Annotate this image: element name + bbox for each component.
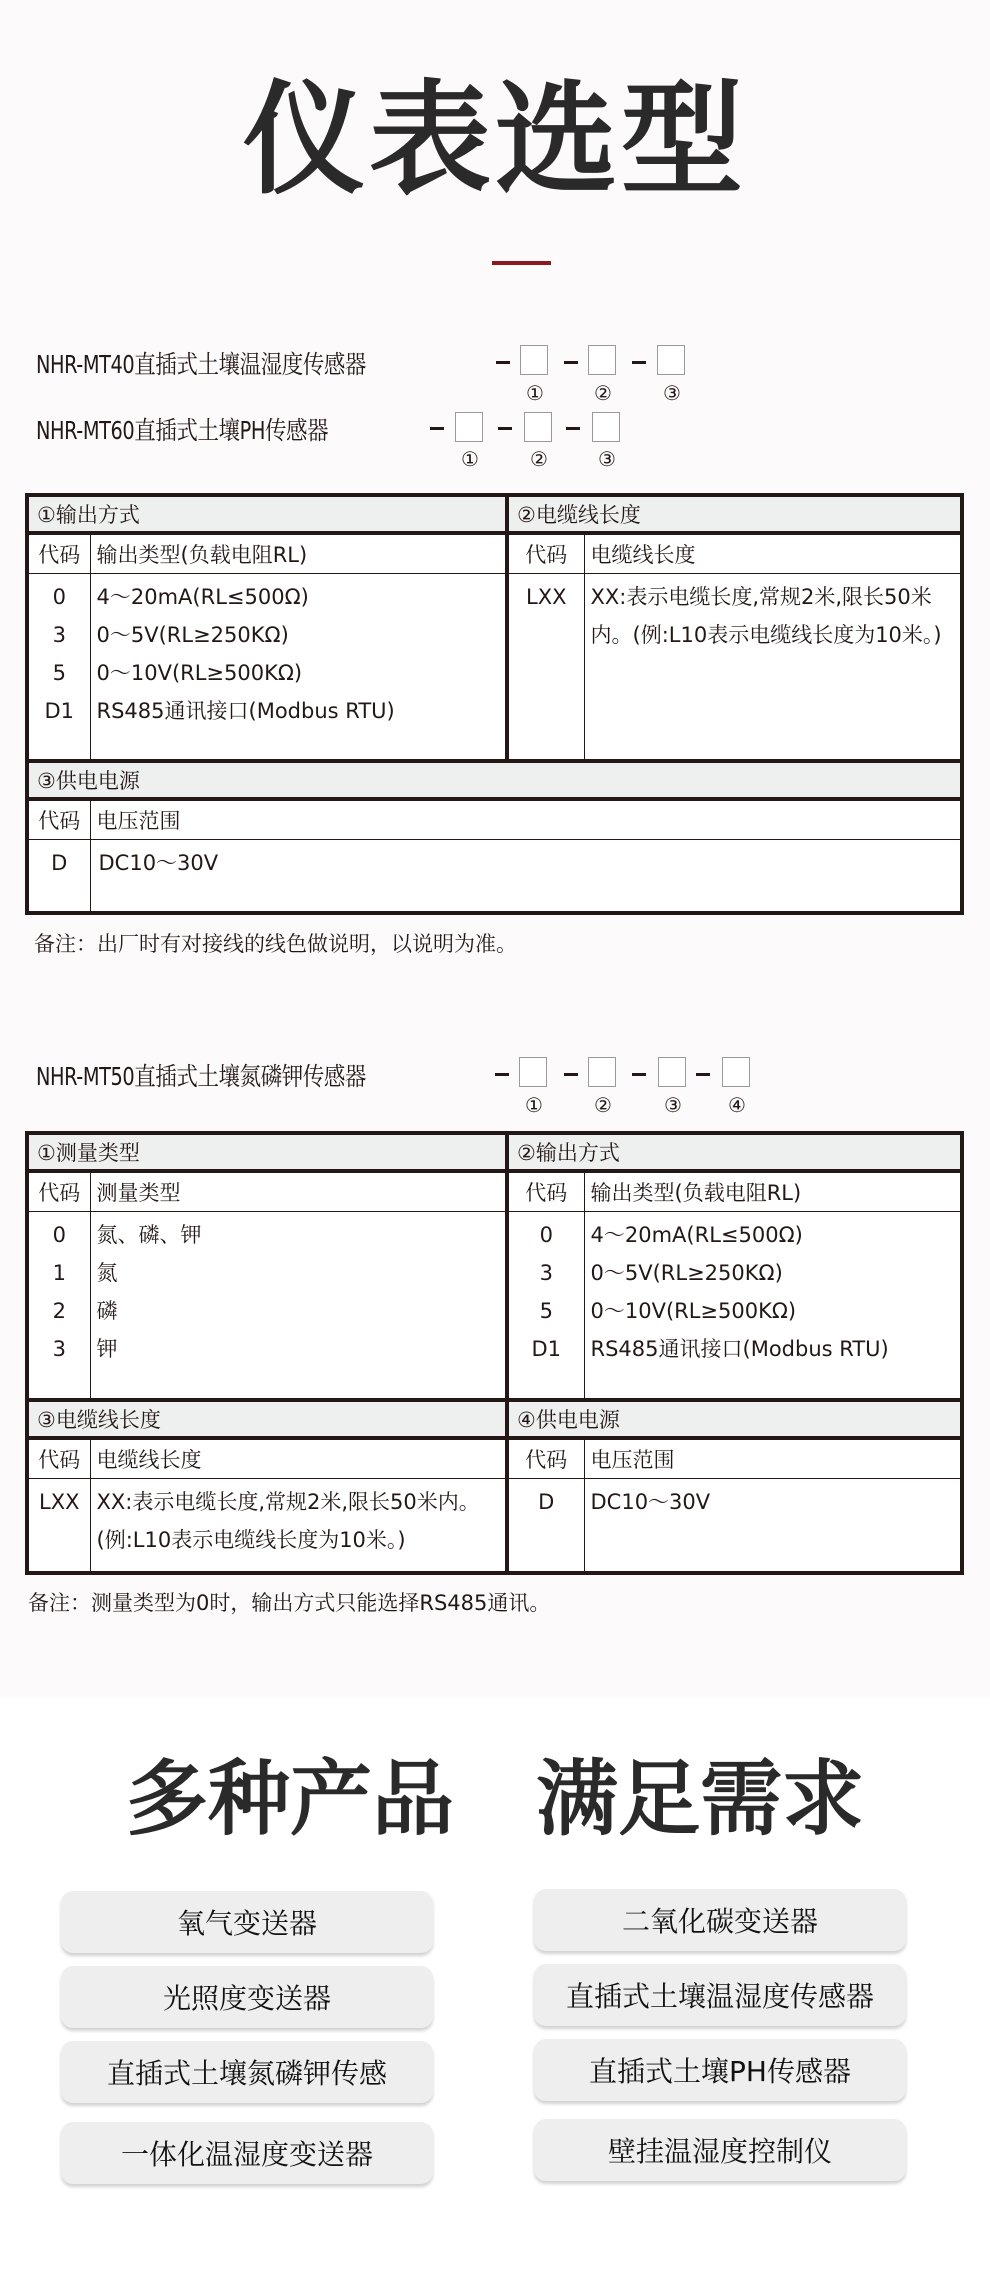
output-type-value: 0～5V(RL≥250KΩ) [97,616,500,654]
code-value: D [31,844,88,882]
separator-dash [496,361,510,364]
model-code-mt50: NHR-MT50直插式土壤氮磷钾传感器 [36,1057,420,1093]
product-illuminance-transmitter[interactable]: 光照度变送器 [61,1966,433,2028]
column-header-code: 代码 [507,533,584,574]
code-value: 3 [31,1330,88,1368]
separator-dash [632,1073,646,1076]
model-code-mt40: NHR-MT40直插式土壤温湿度传感器 [36,345,420,381]
product-integrated-temp-humidity-transmitter[interactable]: 一体化温湿度变送器 [61,2122,433,2184]
separator-dash [564,1073,578,1076]
output-type-value: 0～10V(RL≥500KΩ) [97,654,500,692]
output-type-value: 4～20mA(RL≤500Ω) [591,1216,955,1254]
cable-length-desc: XX:表示电缆长度,常规2米,限长50米内。(例:L10表示电缆线长度为10米。… [584,574,962,761]
option-slot-1 [519,1057,547,1087]
code-cell: LXX [27,1478,90,1573]
section-title-cable: ③电缆线长度 [27,1400,507,1438]
code-value: 0 [31,578,88,616]
page-title: 仪表选型 [0,70,990,210]
table2-note: 备注：测量类型为0时，输出方式只能选择RS485通讯。 [28,1587,550,1617]
column-header-output-type: 输出类型(负载电阻RL) [90,533,507,574]
slot-number: ③ [657,381,687,405]
column-header-cable-length: 电缆线长度 [90,1438,507,1479]
separator-dash [495,1073,509,1076]
column-header-code: 代码 [27,1171,90,1212]
column-header-code: 代码 [507,1171,584,1212]
products-section-title: 多种产品 满足需求 [0,1750,990,1850]
measure-type-value: 氮 [97,1254,500,1292]
code-value: 0 [31,1216,88,1254]
code-cell: D [507,1478,584,1573]
title-underline-divider [492,261,551,265]
output-type-value: 0～10V(RL≥500KΩ) [591,1292,955,1330]
measure-type-value: 钾 [97,1330,500,1368]
option-slot-1 [455,412,483,442]
option-slot-2 [588,1057,616,1087]
voltage-range-cell: DC10～30V [90,839,962,913]
code-value: LXX [511,578,582,616]
section-title-output: ②输出方式 [507,1133,962,1171]
output-type-value: 0～5V(RL≥250KΩ) [591,1254,955,1292]
column-header-voltage-range: 电压范围 [90,799,962,840]
product-oxygen-transmitter[interactable]: 氧气变送器 [61,1891,433,1953]
column-header-output-type: 输出类型(负载电阻RL) [584,1171,962,1212]
code-cell: 0 1 2 3 [27,1212,90,1400]
slot-number: ① [455,447,485,471]
output-type-cell: 4～20mA(RL≤500Ω) 0～5V(RL≥250KΩ) 0～10V(RL≥… [584,1212,962,1400]
column-header-code: 代码 [27,799,90,840]
voltage-range-cell: DC10～30V [584,1478,962,1573]
model-code-mt60: NHR-MT60直插式土壤PH传感器 [36,411,376,447]
separator-dash [696,1073,710,1076]
code-cell: D [27,839,90,913]
option-slot-4 [722,1057,750,1087]
column-header-code: 代码 [27,1438,90,1479]
section-title-power: ④供电电源 [507,1400,962,1438]
slot-number: ② [588,1093,618,1117]
slot-number: ① [520,381,550,405]
slot-number: ④ [722,1093,752,1117]
product-co2-transmitter[interactable]: 二氧化碳变送器 [534,1889,906,1951]
code-value: 5 [31,654,88,692]
code-value: 0 [511,1216,582,1254]
code-value: 5 [511,1292,582,1330]
code-value: LXX [31,1483,88,1521]
model-name: NHR-MT60直插式土壤PH传感器 [36,411,328,447]
option-slot-2 [524,412,552,442]
code-value: 2 [31,1292,88,1330]
separator-dash [498,427,512,430]
section-title-measure: ①测量类型 [27,1133,507,1171]
selection-table-1: ①输出方式 ②电缆线长度 代码 输出类型(负载电阻RL) 代码 电缆线长度 0 … [25,493,964,915]
column-header-measure-type: 测量类型 [90,1171,507,1212]
option-slot-3 [658,1057,686,1087]
cable-length-desc: XX:表示电缆长度,常规2米,限长50米内。(例:L10表示电缆线长度为10米。… [90,1478,507,1573]
model-name: NHR-MT40直插式土壤温湿度传感器 [36,345,366,381]
code-cell: LXX [507,574,584,761]
slot-number: ③ [658,1093,688,1117]
option-slot-2 [588,345,616,375]
code-cell: 0 3 5 D1 [507,1212,584,1400]
separator-dash [632,361,646,364]
section-title-cable: ②电缆线长度 [507,495,962,533]
separator-dash [564,361,578,364]
slot-number: ② [524,447,554,471]
product-soil-npk-sensor[interactable]: 直插式土壤氮磷钾传感 [61,2041,433,2103]
code-value: D [511,1483,582,1521]
measure-type-value: 磷 [97,1292,500,1330]
output-type-value: RS485通讯接口(Modbus RTU) [97,692,500,730]
measure-type-value: 氮、磷、钾 [97,1216,500,1254]
code-value: 3 [511,1254,582,1292]
selection-table-2: ①测量类型 ②输出方式 代码 测量类型 代码 输出类型(负载电阻RL) 0 1 … [25,1131,964,1575]
output-type-value: 4～20mA(RL≤500Ω) [97,578,500,616]
option-slot-3 [657,345,685,375]
column-header-code: 代码 [507,1438,584,1479]
code-value: D1 [511,1330,582,1368]
slot-number: ② [588,381,618,405]
product-soil-ph-sensor[interactable]: 直插式土壤PH传感器 [534,2039,906,2101]
code-value: 1 [31,1254,88,1292]
output-type-value: RS485通讯接口(Modbus RTU) [591,1330,955,1368]
product-wall-mounted-temp-humidity-controller[interactable]: 壁挂温湿度控制仪 [534,2119,906,2181]
slot-number: ① [519,1093,549,1117]
measure-type-cell: 氮、磷、钾 氮 磷 钾 [90,1212,507,1400]
output-type-cell: 4～20mA(RL≤500Ω) 0～5V(RL≥250KΩ) 0～10V(RL≥… [90,574,507,761]
code-cell: 0 3 5 D1 [27,574,90,761]
slot-number: ③ [592,447,622,471]
section-title-power: ③供电电源 [27,761,962,799]
separator-dash [430,427,444,430]
option-slot-1 [520,345,548,375]
column-header-cable-length: 电缆线长度 [584,533,962,574]
model-name: NHR-MT50直插式土壤氮磷钾传感器 [36,1057,366,1093]
option-slot-3 [592,412,620,442]
voltage-range-value: DC10～30V [99,844,953,882]
column-header-code: 代码 [27,533,90,574]
code-value: D1 [31,692,88,730]
voltage-range-value: DC10～30V [591,1483,955,1521]
product-soil-temp-humidity-sensor[interactable]: 直插式土壤温湿度传感器 [534,1964,906,2026]
code-value: 3 [31,616,88,654]
column-header-voltage-range: 电压范围 [584,1438,962,1479]
table1-note: 备注：出厂时有对接线的线色做说明，以说明为准。 [34,928,517,958]
section-title-output: ①输出方式 [27,495,507,533]
separator-dash [566,427,580,430]
